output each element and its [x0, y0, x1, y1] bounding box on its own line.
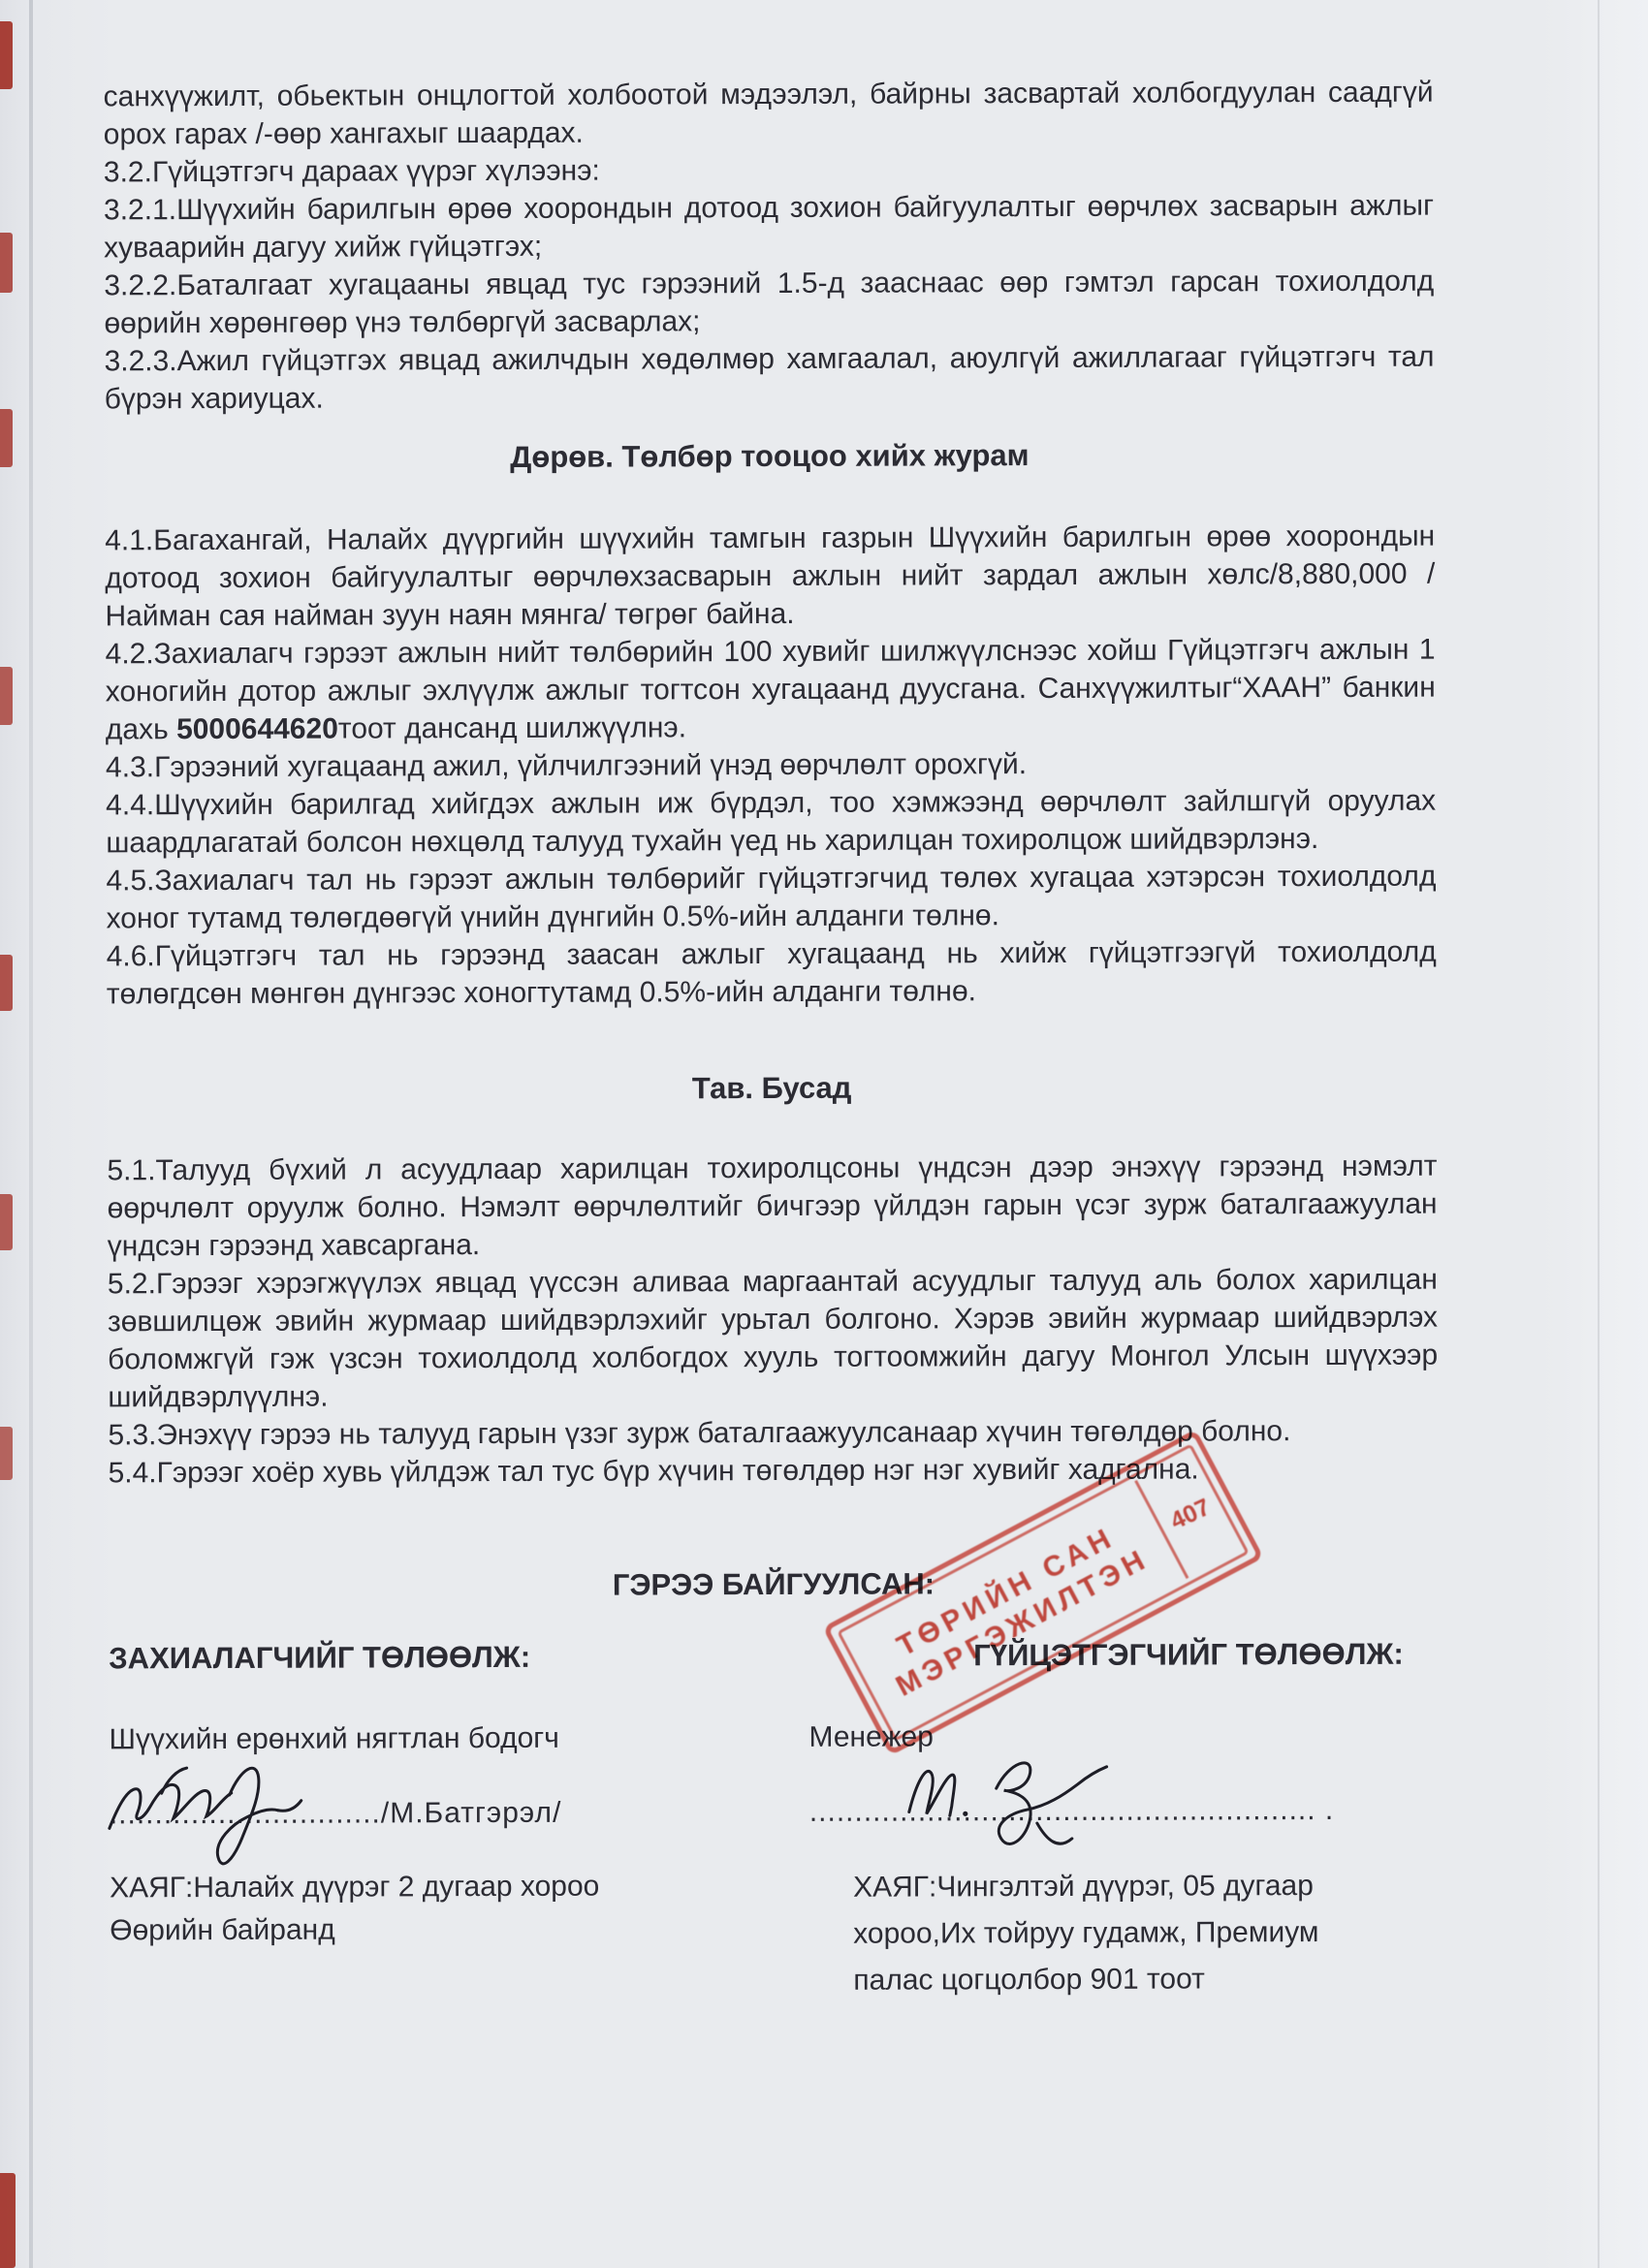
contractor-signature-caption: ........................................… — [809, 1794, 1335, 1828]
paper-fold-line-left — [29, 0, 33, 2268]
clause-5-4: 5.4.Гэрээг хоёр хувь үйлдэж тал тус бүр … — [108, 1450, 1438, 1493]
contractor-address: ХАЯГ:Чингэлтэй дүүрэг, 05 дугаар хороо,И… — [809, 1863, 1381, 2004]
scan-artifact — [0, 21, 13, 89]
scan-artifact — [0, 409, 13, 467]
client-signature-caption: ............................../М.Батгэрэ… — [110, 1797, 562, 1831]
scan-artifact — [0, 667, 13, 725]
paper-fold-line-right — [1598, 0, 1600, 2268]
clause-4-4: 4.4.Шүүхийн барилгад хийгдэх ажлын иж бү… — [106, 782, 1436, 863]
scan-artifact — [0, 2173, 16, 2268]
contractor-signature-line: ........................................… — [809, 1791, 1440, 1842]
clause-5-3: 5.3.Энэхүү гэрээ нь талууд гарын үзэг зу… — [108, 1412, 1438, 1455]
signature-block: ЗАХИАЛАГЧИЙГ ТӨЛӨӨЛЖ: Шүүхийн ерөнхий ня… — [109, 1635, 1440, 2007]
client-party-heading: ЗАХИАЛАГЧИЙГ ТӨЛӨӨЛЖ: — [109, 1637, 729, 1677]
client-signature-line: ............................../М.Батгэрэ… — [110, 1793, 730, 1843]
contract-body: санхүүжилт, обьектын онцлогтой холбоотой… — [104, 74, 1441, 2007]
clause-4-3: 4.3.Гэрээний хугацаанд ажил, үйлчилгээни… — [106, 744, 1436, 787]
scan-artifact — [0, 955, 13, 1011]
client-party-column: ЗАХИАЛАГЧИЙГ ТӨЛӨӨЛЖ: Шүүхийн ерөнхий ня… — [109, 1637, 730, 2006]
clause-3-2-1: 3.2.1.Шүүхийн барилгын өрөө хоорондын до… — [104, 187, 1434, 268]
clause-intro-continuation: санхүүжилт, обьектын онцлогтой холбоотой… — [104, 74, 1434, 154]
scan-artifact — [0, 233, 13, 293]
section-heading-four: Дөрөв. Төлбөр тооцоо хийх журам — [105, 435, 1435, 478]
clause-3-2-2: 3.2.2.Баталгаат хугацааны явцад тус гэрэ… — [104, 263, 1434, 343]
clause-5-2: 5.2.Гэрээг хэрэгжүүлэх явцад үүссэн алив… — [108, 1261, 1439, 1417]
section-heading-five: Тав. Бусад — [107, 1067, 1437, 1110]
scan-artifact — [0, 1194, 13, 1250]
clause-4-1: 4.1.Багахангай, Налайх дүүргийн шүүхийн … — [105, 518, 1435, 636]
bank-account-number: 5000644620 — [176, 713, 338, 746]
scan-artifact — [0, 1427, 13, 1480]
clause-3-2: 3.2.Гүйцэтгэгч дараах үүрэг хүлээнэ: — [104, 149, 1434, 192]
scanned-page: санхүүжилт, обьектын онцлогтой холбоотой… — [0, 0, 1648, 2268]
clause-4-5: 4.5.Захиалагч тал нь гэрээт ажлын төлбөр… — [106, 858, 1436, 938]
clause-3-2-3: 3.2.3.Ажил гүйцэтгэх явцад ажилчдын хөдө… — [104, 338, 1434, 419]
client-address: ХАЯГ:Налайх дүүрэг 2 дугаар хороо Өөрийн… — [110, 1865, 672, 1952]
clause-4-2-tail: тоот дансанд шилжүүлнэ. — [338, 711, 686, 744]
clause-5-1: 5.1.Талууд бүхий л асуудлаар харилцан то… — [107, 1148, 1437, 1266]
client-signer-role: Шүүхийн ерөнхий нягтлан бодогч — [109, 1718, 729, 1758]
clause-4-6: 4.6.Гүйцэтгэгч тал нь гэрээнд заасан ажл… — [107, 933, 1437, 1014]
clause-4-2: 4.2.Захиалагч гэрээт ажлын нийт төлбөрий… — [106, 631, 1436, 749]
